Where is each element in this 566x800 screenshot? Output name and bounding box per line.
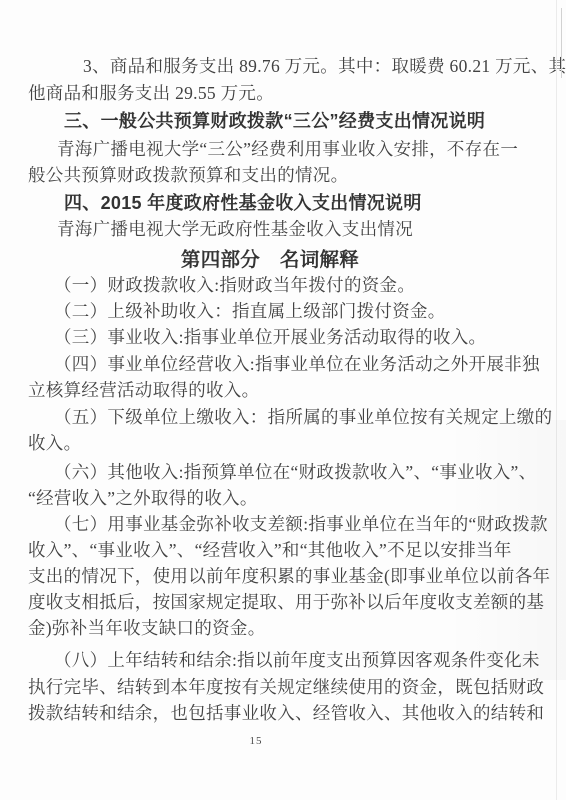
document-body: 3、商品和服务支出 89.76 万元。其中：取暖费 60.21 万元、其他商品和… xyxy=(0,0,566,800)
text-line: 收入。 xyxy=(28,433,81,454)
text-line: （三）事业收入:指事业单位开展业务活动取得的收入。 xyxy=(54,327,486,348)
text-line: 收入”、“事业收入”、“经营收入”和“其他收入”不足以安排当年 xyxy=(28,540,512,561)
page-number: 15 xyxy=(0,735,512,747)
text-line: （一）财政拨款收入:指财政当年拨付的资金。 xyxy=(54,275,415,296)
document-page: 3、商品和服务支出 89.76 万元。其中：取暖费 60.21 万元、其他商品和… xyxy=(0,0,566,800)
scan-edge-artifact xyxy=(556,0,557,800)
text-line: 拨款结转和结余，也包括事业收入、经管收入、其他收入的结转和 xyxy=(28,703,544,724)
text-line: 度收支相抵后，按国家规定提取、用于弥补以后年度收支差额的基 xyxy=(28,592,544,613)
text-line: 支出的情况下，使用以前年度积累的事业基金(即事业单位以前各年 xyxy=(28,566,550,587)
text-line: （二）上级补助收入：指直属上级部门拨付资金。 xyxy=(54,301,446,322)
text-line: （四）事业单位经营收入:指事业单位在业务活动之外开展非独 xyxy=(54,354,540,375)
text-line: 执行完毕、结转到本年度按有关规定继续使用的资金，既包括财政 xyxy=(28,677,544,698)
text-line: 四、2015 年度政府性基金收入支出情况说明 xyxy=(64,193,422,214)
scan-edge-artifact-dark xyxy=(561,8,562,78)
text-line: 立核算经营活动取得的收入。 xyxy=(28,380,259,401)
text-line: 金)弥补当年收支缺口的资金。 xyxy=(28,618,266,639)
text-line: （八）上年结转和结余:指以前年度支出预算因客观条件变化未 xyxy=(54,650,540,671)
text-line: “经营收入”之外取得的收入。 xyxy=(28,488,258,509)
text-line: （七）用事业基金弥补收支差额:指事业单位在当年的“财政拨款 xyxy=(54,514,548,535)
text-line: 三、一般公共预算财政拨款“三公”经费支出情况说明 xyxy=(64,111,485,132)
text-line: （五）下级单位上缴收入：指所属的事业单位按有关规定上缴的 xyxy=(54,407,552,428)
text-line: 青海广播电视大学无政府性基金收入支出情况 xyxy=(57,219,413,240)
text-line: 般公共预算财政拨款预算和支出的情况。 xyxy=(28,165,348,186)
text-line: 青海广播电视大学“三公”经费利用事业收入安排，不存在一 xyxy=(57,139,518,160)
text-line: （六）其他收入:指预算单位在“财政拨款收入”、“事业收入”、 xyxy=(54,462,536,483)
text-line: 3、商品和服务支出 89.76 万元。其中：取暖费 60.21 万元、其 xyxy=(83,56,566,77)
text-line: 第四部分 名词解释 xyxy=(0,250,540,271)
text-line: 他商品和服务支出 29.55 万元。 xyxy=(28,83,274,104)
